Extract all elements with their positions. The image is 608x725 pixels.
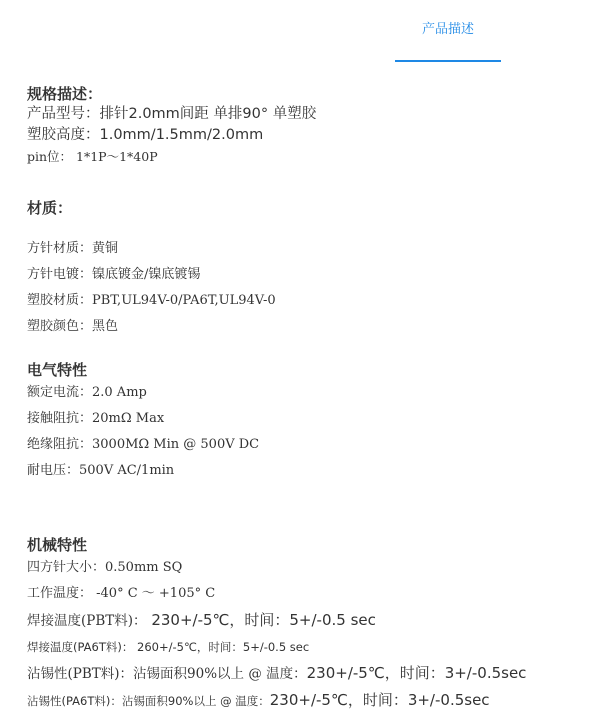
spec-line: 塑胶高度：1.0mm/1.5mm/2.0mm <box>27 125 597 146</box>
electrical-line: 额定电流：2.0 Amp <box>27 380 597 406</box>
material-line: 塑胶颜色：黑色 <box>27 314 597 340</box>
line-label: 沾锡性(PBT料)：沾锡面积90%以上 @ 温度： <box>27 666 307 682</box>
tab-label: 产品描述 <box>395 0 501 37</box>
mechanical-line: 工作温度： -40° C ～ +105° C <box>27 581 597 607</box>
active-tab-indicator <box>395 60 501 62</box>
material-line: 方针电镀：镍底镀金/镍底镀锡 <box>27 262 597 288</box>
material-line: 方针材质：黄铜 <box>27 236 597 262</box>
mechanical-line: 沾锡性(PBT料)：沾锡面积90%以上 @ 温度：230+/-5℃，时间：3+/… <box>27 660 597 687</box>
line-value: 230+/-5℃，时间：3+/-0.5sec <box>307 664 527 682</box>
electrical-line: 耐电压：500V AC/1min <box>27 458 597 484</box>
electrical-line: 接触阻抗：20mΩ Max <box>27 406 597 432</box>
tab-bar: 产品描述 <box>0 0 608 62</box>
mechanical-line: 焊接温度(PBT料)： 230+/-5℃，时间：5+/-0.5 sec <box>27 607 597 634</box>
mechanical-section: 机械特性 四方针大小：0.50mm SQ 工作温度： -40° C ～ +105… <box>27 535 597 714</box>
section-title: 机械特性 <box>27 535 597 555</box>
mechanical-line: 四方针大小：0.50mm SQ <box>27 555 597 581</box>
spec-line: 产品型号：排针2.0mm间距 单排90° 单塑胶 <box>27 104 597 125</box>
electrical-line: 绝缘阻抗：3000MΩ Min @ 500V DC <box>27 432 597 458</box>
section-title: 规格描述： <box>27 84 597 104</box>
material-section: 材质： 方针材质：黄铜 方针电镀：镍底镀金/镍底镀锡 塑胶材质：PBT,UL94… <box>27 198 597 340</box>
line-label: 焊接温度(PBT料)： <box>27 613 147 629</box>
line-value: 230+/-5℃，时间：3+/-0.5sec <box>270 691 490 709</box>
mechanical-line: 焊接温度(PA6T料)： 260+/-5℃，时间：5+/-0.5 sec <box>27 634 597 660</box>
section-title: 材质： <box>27 198 597 218</box>
mechanical-line: 沾锡性(PA6T料)：沾锡面积90%以上 @ 温度：230+/-5℃，时间：3+… <box>27 687 597 714</box>
tab-product-description[interactable]: 产品描述 <box>395 0 501 62</box>
spec-section: 规格描述： 产品型号：排针2.0mm间距 单排90° 单塑胶 塑胶高度：1.0m… <box>27 84 597 167</box>
material-line: 塑胶材质：PBT,UL94V-0/PA6T,UL94V-0 <box>27 288 597 314</box>
electrical-section: 电气特性 额定电流：2.0 Amp 接触阻抗：20mΩ Max 绝缘阻抗：300… <box>27 360 597 484</box>
spec-line: pin位： 1*1P～1*40P <box>27 146 597 167</box>
section-title: 电气特性 <box>27 360 597 380</box>
line-label: 沾锡性(PA6T料)：沾锡面积90%以上 @ 温度： <box>27 694 270 708</box>
line-value: 230+/-5℃，时间：5+/-0.5 sec <box>147 611 376 629</box>
